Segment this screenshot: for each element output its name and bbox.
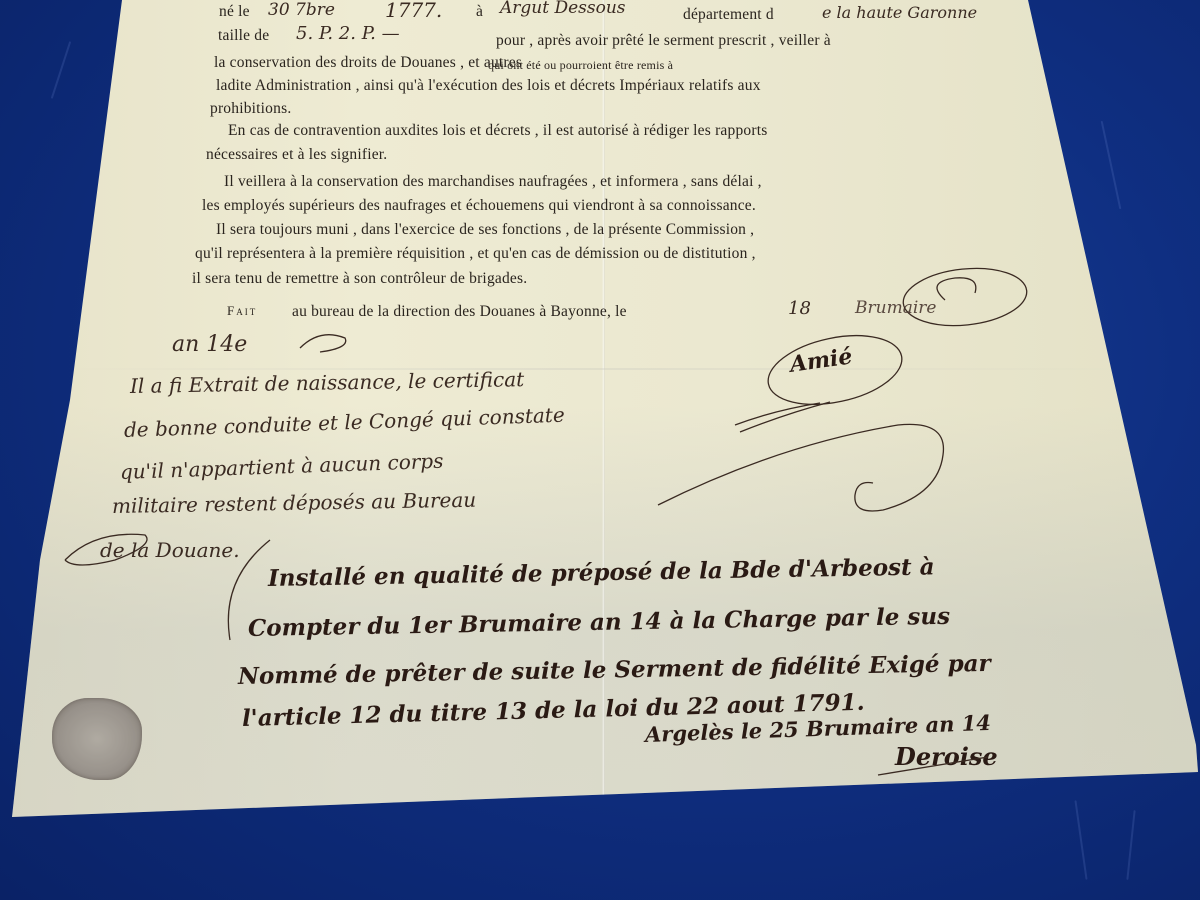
printed-para4-line1: Il sera toujours muni , dans l'exercice …: [216, 221, 754, 239]
printed-para2-line2: nécessaires et à les signifier.: [206, 146, 387, 164]
printed-line-4: ladite Administration , ainsi qu'à l'exé…: [216, 77, 761, 95]
printed-para4-line3: il sera tenu de remettre à son contrôleu…: [192, 270, 527, 288]
handwritten-note-line: de bonne conduite et le Congé qui consta…: [124, 403, 566, 442]
handwritten-installation-line: Compter du 1er Brumaire an 14 à la Charg…: [248, 603, 950, 642]
handwritten-birth-date: 30 7bre: [268, 0, 335, 20]
handwritten-fait-year: an 14e: [172, 332, 247, 357]
signature-director: Amié: [788, 343, 854, 377]
printed-line-3-small: qui ont été ou pourroient être remis à: [488, 58, 673, 73]
paper-fold-horizontal: [30, 368, 1150, 370]
handwritten-fait-day: 18: [788, 298, 811, 319]
cloth-fold: [51, 41, 71, 99]
printed-born-label: né le: [219, 3, 250, 21]
wax-seal-stain: [52, 698, 142, 780]
cloth-fold: [1126, 810, 1135, 880]
handwritten-birth-year: 1777.: [385, 0, 442, 22]
cloth-fold: [1074, 800, 1087, 879]
printed-para3-line2: les employés supérieurs des naufrages et…: [202, 197, 756, 215]
handwritten-fait-month: Brumaire: [855, 298, 936, 318]
cloth-fold: [1101, 121, 1122, 209]
handwritten-note-line: Il a fi Extrait de naissance, le certifi…: [130, 367, 525, 398]
printed-height-label: taille de: [218, 27, 269, 45]
handwritten-note-line: militaire restent déposés au Bureau: [112, 488, 477, 518]
signature-controller: Deroise: [895, 742, 998, 771]
printed-fait-lead: Fait: [227, 303, 257, 319]
handwritten-birth-place: Argut Dessous: [500, 0, 626, 18]
handwritten-note-line: qu'il n'appartient à aucun corps: [120, 449, 444, 484]
printed-fait-text: au bureau de la direction des Douanes à …: [292, 303, 627, 321]
handwritten-height: 5. P. 2. P. —: [296, 23, 400, 44]
handwritten-installation-line: Nommé de prêter de suite le Serment de f…: [238, 650, 991, 690]
printed-line-2: pour , après avoir prêté le serment pres…: [496, 32, 831, 50]
printed-at-label: à: [476, 3, 483, 21]
printed-para2-line1: En cas de contravention auxdites lois et…: [228, 122, 767, 140]
handwritten-note-line: de la Douane.: [100, 538, 240, 562]
printed-para4-line2: qu'il représentera à la première réquisi…: [195, 245, 756, 263]
printed-department-label: département d: [683, 6, 774, 24]
handwritten-department: e la haute Garonne: [822, 3, 977, 22]
printed-line-3: la conservation des droits de Douanes , …: [214, 54, 522, 72]
printed-para3-line1: Il veillera à la conservation des marcha…: [224, 173, 762, 191]
document-paper: né le 30 7bre 1777. à Argut Dessous dépa…: [0, 0, 1200, 900]
printed-line-5: prohibitions.: [210, 100, 291, 118]
